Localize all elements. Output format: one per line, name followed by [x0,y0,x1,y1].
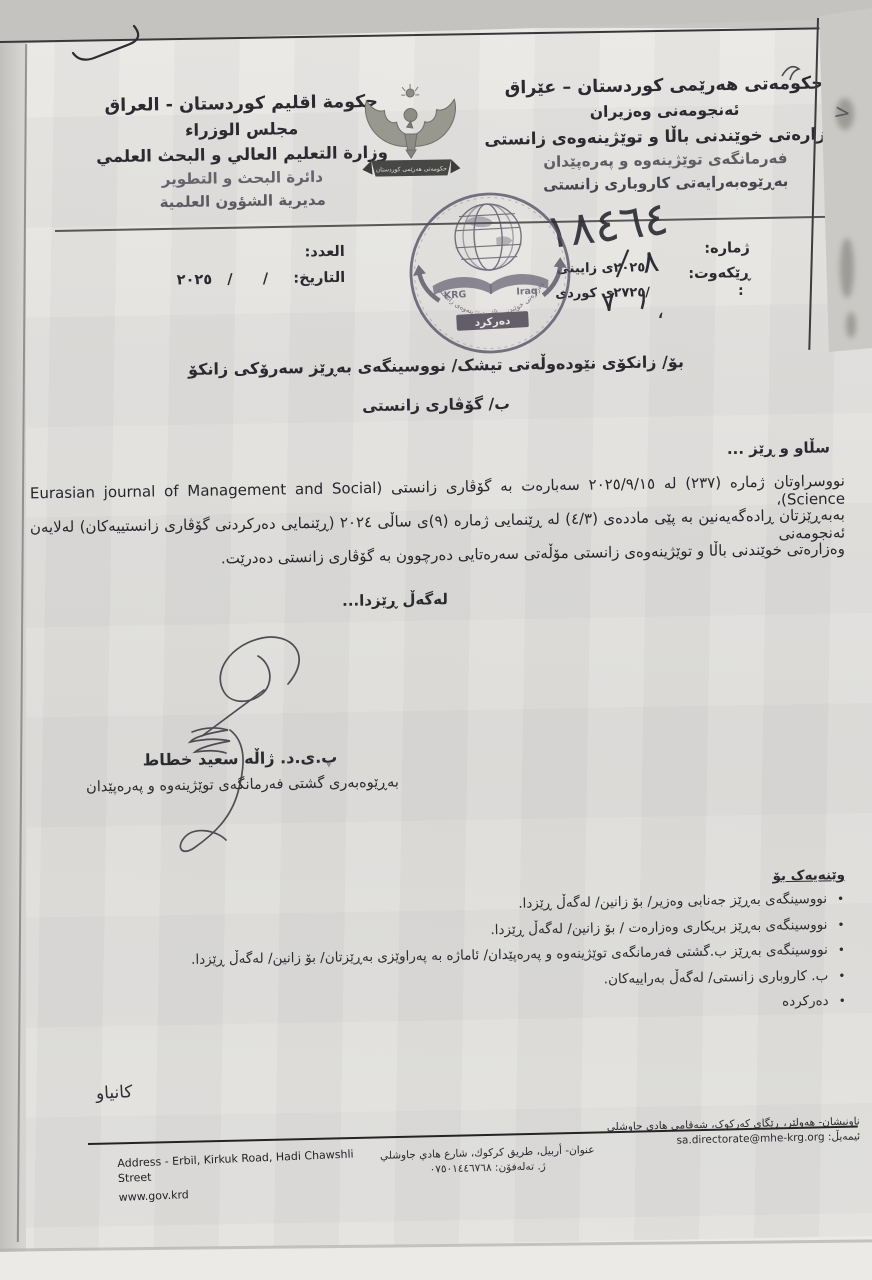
emblem-banner-text: حکومەتی هەرێمی کوردستان [376,165,447,173]
emblem-right-wing [410,99,456,146]
footer-english: Address - Erbil, Kirkuk Road, Hadi Chaws… [117,1146,369,1205]
scanned-letter-screenshot: حکومەتی هەرێمی کوردستان – عێراق ئەنجومەن… [0,0,872,1280]
emblem-eagle-head [404,108,417,121]
emblem-sun-icon [401,84,419,97]
closing-regards: لەگەڵ ڕێزدا... [290,589,500,610]
scan-smudge [846,312,856,338]
handwritten-note: كانياو [96,1082,134,1104]
stamp-issued-text: دەرکرد [474,315,511,329]
emblem-banner: حکومەتی هەرێمی کوردستان [362,159,460,177]
handwritten-digit: ٧ [600,285,617,319]
chevron-scan-mark: > [832,99,852,125]
pen-hook-mark [58,20,144,76]
emblem-eagle-body [405,134,417,150]
scan-smudge [840,238,854,298]
letterhead-kurdish: حکومەتی هەرێمی کوردستان – عێراق ئەنجومەن… [479,71,851,198]
pen-squiggle-mark [778,58,804,84]
date-colon: : [738,283,744,299]
handwritten-comma: ، [657,299,664,324]
footer-arabic: عنوان- أربيل، طريق كركوك، شارع هادي جاوش… [380,1143,596,1179]
stamp-globe-icon [453,202,522,271]
emblem-left-wing [365,100,411,147]
date-line-arabic: التاريخ: / / ٢٠٢٥ [75,265,345,295]
ministry-round-stamp: KRG Iraq وەزارەتی خوێندنی باڵا و توێژینە… [400,182,581,365]
cc-list: نووسینگەی بەڕێز جەنابی وەزیر/ بۆ زانین/ … [29,888,846,1028]
reference-arabic: العدد: التاريخ: / / ٢٠٢٥ [75,239,346,295]
